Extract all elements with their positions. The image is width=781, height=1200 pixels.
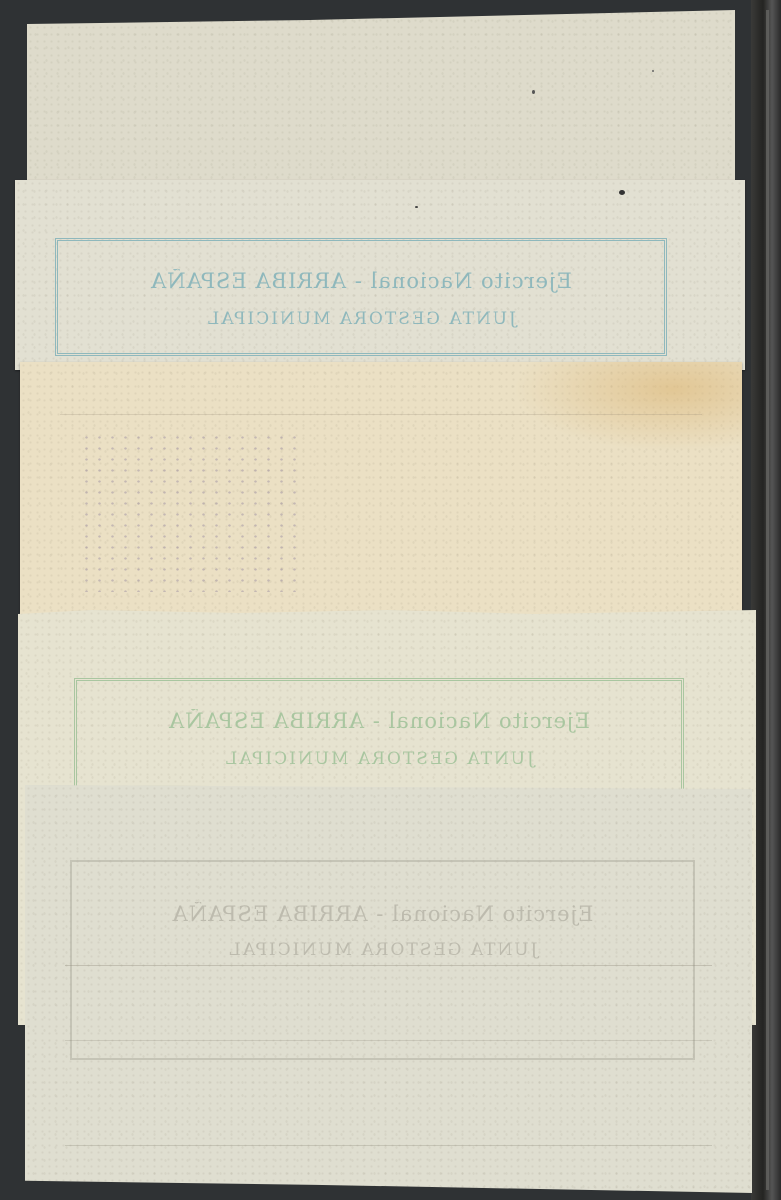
note-3 <box>20 362 742 617</box>
note-1 <box>27 10 735 190</box>
stamp-line-2: JUNTA GESTORA MUNICIPAL <box>77 749 681 769</box>
water-stain <box>512 362 742 452</box>
stamp-line-1: Ejercito Nacional - ARRIBA ESPAÑA <box>77 709 681 733</box>
faint-rule <box>65 1145 712 1146</box>
faint-mirrored-stamp: Ejercito Nacional - ARRIBA ESPAÑA JUNTA … <box>70 860 695 1060</box>
stamp-line-1: Ejercito Nacional - ARRIBA ESPAÑA <box>58 269 664 293</box>
stamp-line-2: JUNTA GESTORA MUNICIPAL <box>72 940 693 960</box>
dirt-speck <box>619 190 625 195</box>
dirt-speck <box>652 70 654 72</box>
album-frame-rail <box>766 10 769 1190</box>
dirt-speck <box>532 90 535 94</box>
note-5: Ejercito Nacional - ARRIBA ESPAÑA JUNTA … <box>25 785 752 1193</box>
faint-rule <box>60 414 702 415</box>
faint-rule <box>65 1040 712 1041</box>
note-2: Ejercito Nacional - ARRIBA ESPAÑA JUNTA … <box>15 180 745 370</box>
stamp-line-2: JUNTA GESTORA MUNICIPAL <box>58 309 664 329</box>
ink-bleed <box>80 432 300 592</box>
faint-rule <box>65 965 712 966</box>
mirrored-stamp: Ejercito Nacional - ARRIBA ESPAÑA JUNTA … <box>74 678 684 796</box>
dirt-speck <box>415 206 418 208</box>
stamp-line-1: Ejercito Nacional - ARRIBA ESPAÑA <box>72 902 693 926</box>
mirrored-stamp: Ejercito Nacional - ARRIBA ESPAÑA JUNTA … <box>55 238 667 356</box>
